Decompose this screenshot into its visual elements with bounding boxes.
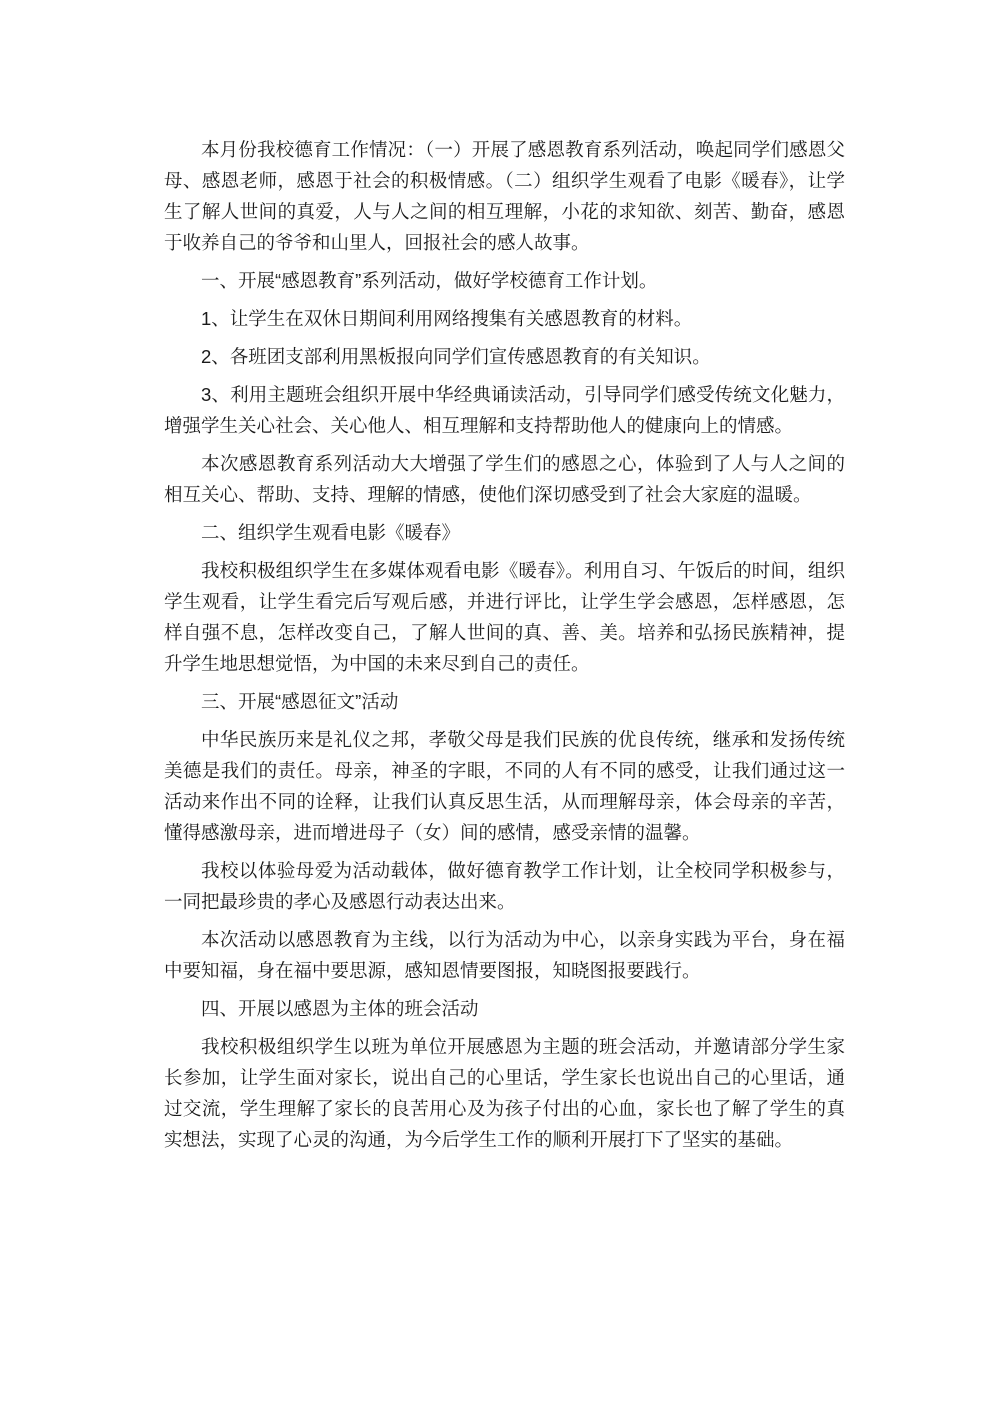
paragraph: 中华民族历来是礼仪之邦，孝敬父母是我们民族的优良传统，继承和发扬传统美德是我们的… — [164, 724, 845, 848]
paragraph: 三、开展“感恩征文”活动 — [164, 686, 845, 717]
paragraph: 3、利用主题班会组织开展中华经典诵读活动，引导同学们感受传统文化魅力，增强学生关… — [164, 379, 845, 441]
paragraph: 2、各班团支部利用黑板报向同学们宣传感恩教育的有关知识。 — [164, 341, 845, 372]
paragraph: 我校积极组织学生在多媒体观看电影《暖春》。利用自习、午饭后的时间，组织学生观看，… — [164, 555, 845, 679]
paragraph: 本次感恩教育系列活动大大增强了学生们的感恩之心，体验到了人与人之间的相互关心、帮… — [164, 448, 845, 510]
document-page: 本月份我校德育工作情况：（一）开展了感恩教育系列活动，唤起同学们感恩父母、感恩老… — [0, 0, 1000, 1415]
document-text-body: 本月份我校德育工作情况：（一）开展了感恩教育系列活动，唤起同学们感恩父母、感恩老… — [164, 134, 845, 1155]
paragraph: 1、让学生在双休日期间利用网络搜集有关感恩教育的材料。 — [164, 303, 845, 334]
paragraph: 本次活动以感恩教育为主线，以行为活动为中心，以亲身实践为平台，身在福中要知福，身… — [164, 924, 845, 986]
paragraph: 四、开展以感恩为主体的班会活动 — [164, 993, 845, 1024]
paragraph: 我校积极组织学生以班为单位开展感恩为主题的班会活动，并邀请部分学生家长参加，让学… — [164, 1031, 845, 1155]
paragraph: 一、开展“感恩教育”系列活动，做好学校德育工作计划。 — [164, 265, 845, 296]
paragraph: 我校以体验母爱为活动载体，做好德育教学工作计划，让全校同学积极参与，一同把最珍贵… — [164, 855, 845, 917]
paragraph: 二、组织学生观看电影《暖春》 — [164, 517, 845, 548]
paragraph: 本月份我校德育工作情况：（一）开展了感恩教育系列活动，唤起同学们感恩父母、感恩老… — [164, 134, 845, 258]
